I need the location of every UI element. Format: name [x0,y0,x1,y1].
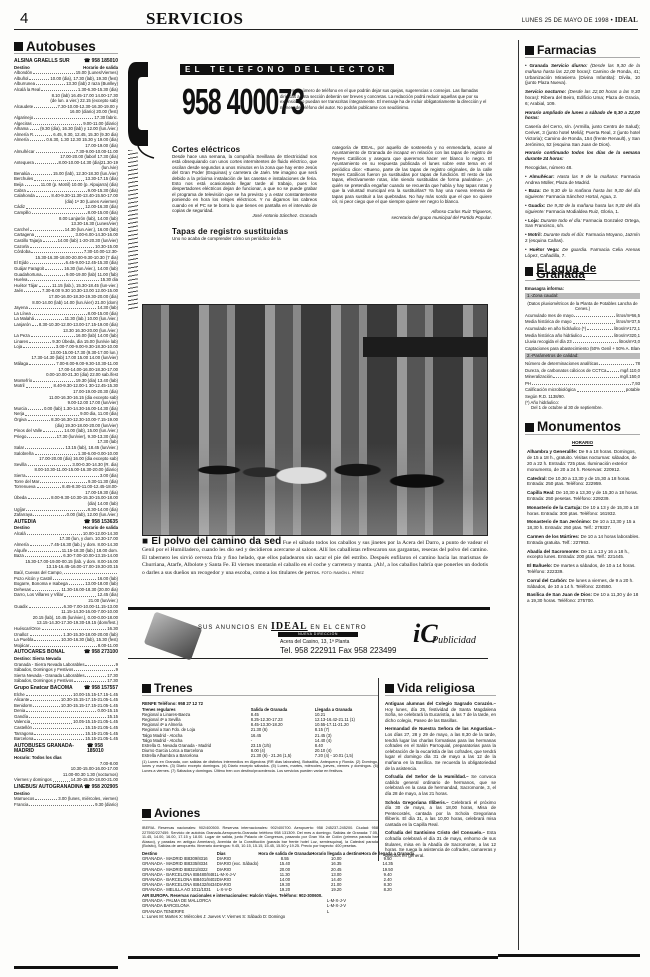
departure-times: 8.30-16.30-12.30-10.00-7.15-19.00 [51,417,118,423]
monumento-item: Capilla Real: De 10,30 a 13,30 y de 15,3… [525,490,640,502]
granada-madrid-schedule: 7.00-8.0010.30-15.00-16.00-17.0011.00-00… [14,761,118,783]
leader-dots [28,277,99,281]
monumento-name: Monasterio de San Jerónimo: [527,519,593,524]
leader-dots [28,406,43,410]
agua-value: 3,0 [634,339,640,345]
leader-dots [35,796,57,800]
news-photo-horses [142,304,488,536]
leader-dots [64,570,117,574]
vida-item-body: Los días 27, 28 y 29 de mayo, a las 8,30… [385,732,496,771]
farmacia-pueblo: • Huétor Vega: De guardia. Farmacia Celi… [525,247,640,259]
leader-dots [85,673,106,677]
departure-times: 8.00-11.00 [98,643,118,649]
departure-times: 7.30-10.00-12.30- [84,249,118,255]
recogidas: Recogidas, número 48. [525,165,640,171]
schedule-row: Torrenueva8.45-8.30-11.00-12.45-18.00- [14,484,118,490]
square-bullet-icon [14,42,23,51]
caption-title: ■ El polvo del camino da sed [142,536,281,547]
farmacia-town: • Huétor Vega: [525,247,562,252]
ad-new-address-bar: NUEVA DIRECCIÓN [278,632,358,637]
vida-heading: Vida religiosa [385,684,496,696]
leader-dots [28,417,50,421]
leader-dots [37,484,62,488]
destination: Sábados, Domingos y Festivos [14,678,73,684]
schedule-row: Barcelona15.15-21.05-1.45 [14,736,118,742]
monumento-item: Monasterio de la Cartuja: De 10 a 13 y d… [525,505,640,517]
letter-title: Cortes eléctricos [172,145,317,154]
table-cell: DIARIO (exc. Sábado) [217,861,259,866]
letter-column-2: categoría de IDEAL, por aquello de soste… [332,145,492,220]
agua-heading: El agua de Granada [525,266,640,280]
leader-dots [31,719,72,723]
leader-dots [573,319,616,323]
destination: Almuñécar [14,149,35,155]
leader-dots [30,632,63,636]
telephone-handset-icon [128,60,158,160]
leader-dots [30,244,94,248]
agua-row: Captaciones para abastecimiento (50% Gen… [525,346,640,352]
leader-dots [573,339,618,343]
issue-date: LUNES 25 DE MAYO DE 1998 • IDEAL [522,16,638,24]
leader-dots [26,708,96,712]
leader-dots [599,361,634,365]
leader-dots [26,204,84,208]
agua-band-calidad: 2.-Parámetros de calidad: [525,353,640,359]
departure-times: 7.00-8.00-9.00-9.30-10.30-11.00 [56,361,118,367]
monumento-name: El Bañuelo: [527,563,554,568]
leader-dots [574,313,615,317]
photo-horses-riders [153,415,483,525]
departure-times: 1.30-6.30-15.30 (dia) [78,87,118,93]
leader-dots [31,171,52,175]
leader-dots [26,383,53,387]
leader-dots [45,266,63,270]
agua-label: Dureza, de carbonatos cálcicos de CCTCa [525,368,606,374]
agua-source: (Datos pluviométricos de la Planta de Po… [525,301,640,312]
photo-shop-awning [363,337,488,357]
leader-dots [36,81,65,85]
monumento-item: Abadía del Sacromonte: De 11 a 13 y 16 a… [525,549,640,561]
trenes-title: Trenes [154,686,193,692]
leader-dots [30,126,40,130]
leader-dots [29,305,97,309]
agua-label: Número de determinaciones analíticas [525,361,598,367]
leader-dots [30,643,96,647]
vida-item: Schola Gregoriana Illiberis.– Celebrará … [385,800,496,828]
agua-row: Calificación microbiológicapotable [525,387,640,393]
leader-dots [583,333,613,337]
vida-item: Hermandad de Nuestra Señora de las Angus… [385,726,496,771]
agua-row: Media histórica de mayolitros/m² 37,5 [525,319,640,325]
monumento-item: Carmen de los Mártires: De 10 a 14 horas… [525,534,640,546]
destination: Guadix [14,604,28,610]
leader-dots [30,227,64,231]
agua-band-zona: 1.-Zona caudal: [525,293,640,299]
destination: Úbeda [14,495,27,501]
agua-row: Dureza, de carbonatos cálcicos de CCTCam… [525,368,640,374]
photo-caption: ■ El polvo del camino da sed Fue el sába… [142,538,488,577]
emasagra-label: Emasagra informa: [525,286,640,292]
destination: Mojácar [14,643,29,649]
trenes-section: Trenes RENFE Teléfono: 958 27 12 72 Tren… [142,678,378,773]
leader-dots [31,249,82,253]
ad-ideal-logo: IDEAL [271,621,308,632]
agua-unit: litros/m² [619,339,634,345]
monumento-item: El Bañuelo: De martes a sábados, de 10 a… [525,563,640,575]
servicio-label: Servicio nocturno: [525,89,566,94]
horario-continuado-title: Horario continuado todos los días de la … [525,150,640,162]
leader-dots [53,576,96,580]
monumento-name: Monasterio de la Cartuja: [527,505,583,510]
vida-item-title: Schola Gregoriana Illiberis.– [385,800,451,805]
leader-dots [29,714,106,718]
leader-dots [35,451,77,455]
leader-dots [35,316,64,320]
agua-title: El agua de Granada [536,266,640,277]
monumento-name: Carmen de los Mártires: [527,534,581,539]
agua-unit: litros/m² [614,333,629,339]
destination: Lanjarón [14,322,31,328]
bacoma-schedule: Elche10.00-15.15-17.15-1.45Alicante10.30… [14,692,118,742]
monumento-item: Basílica de San Juan de Dios: De 10 a 11… [525,592,640,604]
company-granada-madrid: AUTOBUSES GRANADA-MADRID☎ 958 185010 [14,744,118,755]
leader-dots [27,188,87,192]
table-row: Estrella Alhambra a Barcelona21.30 (6) -… [142,753,378,758]
farmacia-town: • Motril: [525,232,543,237]
table-cell: GRANADA - MELILLA AO 1011/1031 [142,887,217,892]
schedule-row: Sábados, Domingos y Festivos17.30 [14,678,118,684]
departure-times: 8.00-15.00 (dia) [88,210,118,216]
farmacia-address: Farmacia Modialdea Ruiz, Gloria, 1. [546,209,619,214]
leader-dots [32,322,38,326]
monumento-item: Corral del Carbón: De lunes a viernes, d… [525,578,640,590]
agua-unit: mg/l. [620,374,629,380]
monumento-name: Corral del Carbón: [527,578,569,583]
trenes-note: (1) Lunes en Granada, con salidas de dis… [142,760,378,774]
iberia-info: IBERIA. Reservas nacionales: 902/400500.… [142,826,378,849]
caption-title-text: El polvo del camino da sed [151,536,281,547]
agua-row: Lluvia recogida el día 23litros/m² 3,0 [525,339,640,345]
agua-value: 37,5 [632,319,640,325]
schedule-row: Lanjarón8.30-10.30-12.00-13.00-17.15-19.… [14,322,118,328]
leader-dots [24,288,41,292]
leader-dots [32,210,87,214]
agua-row: PH7,93 [525,381,640,387]
leader-dots [33,703,60,707]
agua-unit: mg/l. [620,368,629,374]
destination: Motril [14,383,25,389]
table-cell: 7.20 (4) - 10.01 (1,5) [315,753,378,758]
letter-body: Uno no acaba de comprender cómo un perió… [172,236,317,241]
lector-banner: EL TELEFONO DEL LECTOR [180,64,394,75]
leader-dots [35,132,52,136]
aviones-section: Aviones IBERIA. Reservas nacionales: 902… [142,803,378,919]
photo-credit: FOTO: RAMÓN L. PÉREZ [322,571,364,575]
departure-times: 15.15-21.05-1.45 [85,736,118,742]
schedule-row: Viernes y domingos14.30-15.00-18.00-21.0… [14,777,118,783]
leader-dots [30,697,60,701]
leader-dots [25,411,79,415]
farmacia-hours: Hasta las 9 de la mañana: [557,174,621,179]
leader-dots [27,434,55,438]
square-bullet-icon [525,423,534,432]
leader-dots [74,667,114,671]
leader-dots [85,662,114,666]
table-cell: Estrella Alhambra a Barcelona [142,753,251,758]
leader-dots [29,604,63,608]
destination: Viernes y domingos [14,777,52,783]
ic-logo-sub: Publicidad [432,635,476,646]
farmacia-town: • Baza: [525,188,543,193]
bonal-schedule: Granada - Sierra Nevada Laborables9Sábad… [14,662,118,684]
leader-dots [553,374,618,378]
company-phone: ☎ 958 273100 [84,650,118,656]
brand-logo: IDEAL [615,16,638,24]
divider [128,607,490,610]
leader-dots [32,587,60,591]
agua-label: PH [525,381,531,387]
leader-dots [64,592,96,596]
leader-dots [34,736,84,740]
destination: Antequera [14,160,34,166]
agua-footnote: Del 1 de octubre al 30 de septiembre. [525,405,640,411]
leader-dots [35,160,58,164]
agua-unit: litros/m² [616,313,631,319]
leader-dots [29,339,51,343]
leader-dots [33,121,83,125]
servicio-label: Servicio diurno: [551,63,588,68]
destination: Málaga [14,361,28,367]
agua-label: Media histórica de mayo [525,319,572,325]
monumento-name: Capilla Real: [527,490,556,495]
agua-unit: litros/m² [614,326,629,332]
farmacia-town: • Almuñécar: [525,174,557,179]
agua-label: Mineralización [525,374,552,380]
monumentos-heading: Monumentos [525,423,640,435]
ad-address: Acera del Casino, 13, 1ª Planta [280,639,349,645]
destination: Alcalá [14,531,26,537]
paintbrush-illustration-icon [144,611,203,660]
schedule-row: Francia9.30 (diario) [14,802,118,808]
leader-dots [28,462,72,466]
letter-body: categoría de IDEAL, por aquello de soste… [332,145,492,204]
divider [498,954,640,957]
agua-label: Calificación microbiológica [525,387,576,393]
leader-dots [28,548,61,552]
leader-dots [30,542,50,546]
monumento-name: Catedral: [527,476,548,481]
destination: Jaén [14,288,23,294]
destination: Salobreña [14,451,34,457]
destination: Zafarraya [14,512,32,518]
departure-times: 17.30 [107,678,118,684]
agua-unit: litros/m² [616,319,631,325]
leader-dots [29,76,49,80]
leader-dots [36,193,51,197]
leader-dots [69,581,85,585]
letter-title: Tapas de registro sustituidas [172,227,317,236]
square-bullet-icon [142,684,151,693]
farmacia-diurno: • Granada Servicio diurno: (Desde las 9,… [525,63,640,86]
agua-value: 172,1 [629,326,640,332]
vida-item-title: Antiguas alumnas del Colegio Sagrado Cor… [385,701,496,706]
leader-dots [26,473,98,477]
leader-dots [42,626,107,630]
leader-dots [34,104,56,108]
leader-dots [33,512,65,516]
destination: Campillo [14,210,31,216]
farmacia-pueblo: • Guadix: De 9,30 de la mañana hasta las… [525,203,640,215]
agua-value: 110,0 [630,368,640,374]
farmacia-address: Farmacia Sánchez Hortal, Agua, 2. [546,194,617,199]
destination: Almería [14,137,29,143]
servicio-body: Ribera del Beiro, Edificio Uma; Plaza de… [525,95,640,106]
table-cell: GRANADA - MADRID IB8335/8334 [142,861,217,866]
vida-item: Antiguas alumnas del Colegio Sagrado Cor… [385,701,496,723]
departure-times: 14.30-15.00-18.00-21.00 [71,777,118,783]
departure-times: 0.00 (lab), 12.00 (lun./vier.) [67,512,118,518]
leader-dots [36,149,75,153]
leader-dots [31,333,75,337]
monumentos-title: Monumentos [537,424,621,430]
destination: Loja [14,344,22,350]
leader-dots [43,238,57,242]
leader-dots [43,428,63,432]
departure-times: 8.30-10.30-12.00-13.00-17.15-19.00 (dia) [39,322,118,328]
company-phone: ☎ 958 202905 [84,785,118,791]
vida-item-title: Cofradía del Santísimo Cristo del Consue… [385,830,487,835]
advertisement-ic-publicidad[interactable]: SUS ANUNCIOS EN IDEAL EN EL CENTRO NUEVA… [128,615,488,659]
company-phone: ☎ 958 185010 [87,744,118,755]
days-legend: L: Lunes M: Martes X: Miércoles J: Jueve… [142,914,378,920]
destination: Darro, Los Villares y Villar [14,592,63,598]
leader-dots [607,368,619,372]
farmacia-town: • Loja: [525,218,541,223]
farmacia-pueblo: • Loja: Durante todo el día: Farmacia Go… [525,218,640,230]
right-column: Farmacias • Granada Servicio diurno: (De… [518,40,640,950]
leader-dots [34,637,60,641]
destination: Priego [14,434,26,440]
horario-ampliado-body: Casería del Cerro, s/n. (Armilla, junto … [525,124,640,147]
autedia-schedule: Alcalá10.00-12.00-14.3017.30 (lun, y dom… [14,531,118,648]
monumento-name: Basílica de San Juan de Dios: [527,592,593,597]
leader-dots [33,725,84,729]
farmacia-town: • Guadix: [525,203,547,208]
vida-item: Cofradía del Santísimo Cristo del Consue… [385,830,496,858]
vida-item-title: Hermandad de Nuestra Señora de las Angus… [385,726,496,731]
masthead: 4 SERVICIOS LUNES 25 DE MAYO DE 1998 • I… [14,10,638,30]
letter-column-1: Cortes eléctricos Desde hace una semana,… [172,145,317,241]
leader-dots [33,70,75,74]
horario-ampliado-title: Horario ampliado de lunes a sábado de 9,… [525,110,640,122]
leader-dots [27,531,82,535]
farmacia-pueblo: • Baza: De 9,30 de la mañana hasta las 9… [525,188,640,200]
farmacia-hours: Durante todo el día: [541,218,584,223]
letter-body: Desde hace una semana, la compañía Sevil… [172,154,317,213]
vida-item: Cofradía del Señor de la Humildad.– Se c… [385,774,496,796]
farmacia-hours: De guardia. [562,247,590,252]
leader-dots [577,387,625,391]
alsina-schedule: Albondón15.00 (Lunes/Viernes)Albuñol10.0… [14,70,118,518]
page-number: 4 [20,10,28,27]
leader-dots [28,495,50,499]
leader-dots [25,182,40,186]
square-bullet-icon [385,684,394,693]
vida-title: Vida religiosa [397,686,475,692]
vida-item-body: Hoy lunes, día 25, festividad de Santa M… [385,707,496,723]
leader-dots [29,802,94,806]
monumento-name: Abadía del Sacromonte: [527,549,581,554]
monumento-item: Catedral: De 10,30 a 13,30 y de 15,30 a … [525,476,640,488]
horario-label: Horario: Todos los días [14,755,62,761]
destination: Barcelona [14,736,33,742]
leader-dots [34,176,84,180]
trenes-table: Trenes regulares Salida de Granada Llega… [142,707,378,759]
agua-value: 78 [635,361,640,367]
agua-label: Lluvia recogida el día 23 [525,339,572,345]
leader-dots [42,272,65,276]
agua-value: 320,1 [629,333,640,339]
aviones-heading: Aviones [142,809,378,821]
leader-dots [26,692,72,696]
agua-row: Media histórica año hidráulicolitros/m² … [525,333,640,339]
letter-signature: José Antonio Sánchez. Granada [172,213,317,218]
agua-row: Acumulado mes de mayolitros/m² 66,5 [525,313,640,319]
farmacia-pueblo: • Almuñécar: Hasta las 9 de la mañana: F… [525,174,640,186]
aviones-table: Destino Días Hora de salida de Granada H… [142,851,414,893]
autobuses-column: Autobuses ALSINA GRAELLS SUR☎ 958 185010… [14,36,118,970]
leader-dots [41,87,77,91]
leader-dots [532,381,631,385]
date-text: LUNES 25 DE MAYO DE 1998 • [522,18,613,24]
ad-text: EN EL CENTRO [310,625,366,631]
leader-dots [587,326,613,330]
destination: Baza [14,553,24,559]
leader-dots [34,115,93,119]
agua-label: Acumulado en año hidráulico (*) [525,326,586,332]
leader-dots [39,283,51,287]
agua-value: potable [626,387,640,393]
leader-dots [25,445,64,449]
leader-dots [25,553,62,557]
leader-dots [29,361,55,365]
linebus-schedule: Marruecos3.00 (lunes, miércoles, viernes… [14,796,118,807]
leader-dots [34,731,84,735]
destination: Alcalá la Real [14,87,40,93]
destination: Torrenueva [14,484,36,490]
destination: Sevilla [14,462,27,468]
destination: Órgiva [14,417,27,423]
square-bullet-icon [525,46,534,55]
destination: Córdoba [14,249,30,255]
autobuses-heading: Autobuses [14,42,118,54]
farmacia-hours: Durante todo el día: [543,232,585,237]
destination: Calahonda [14,193,35,199]
monumento-name: Alhambra y Generalife: [527,449,579,454]
agua-value: 7,93 [632,381,640,387]
destination: Alcaudete [14,104,33,110]
agua-value: 150,0 [629,374,640,380]
company-name: AUTOBUSES GRANADA-MADRID [14,744,87,755]
monumento-item: Monasterio de San Jerónimo: De 10 a 13,3… [525,519,640,531]
farmacia-town: • Granada [525,63,548,68]
agua-value: 66,5 [632,313,640,319]
leader-dots [74,678,106,682]
departure-times: 9.30 (diario) [95,802,118,808]
divider [14,966,118,969]
agua-label: Acumulado mes de mayo [525,313,573,319]
aviones-title: Aviones [154,811,200,817]
